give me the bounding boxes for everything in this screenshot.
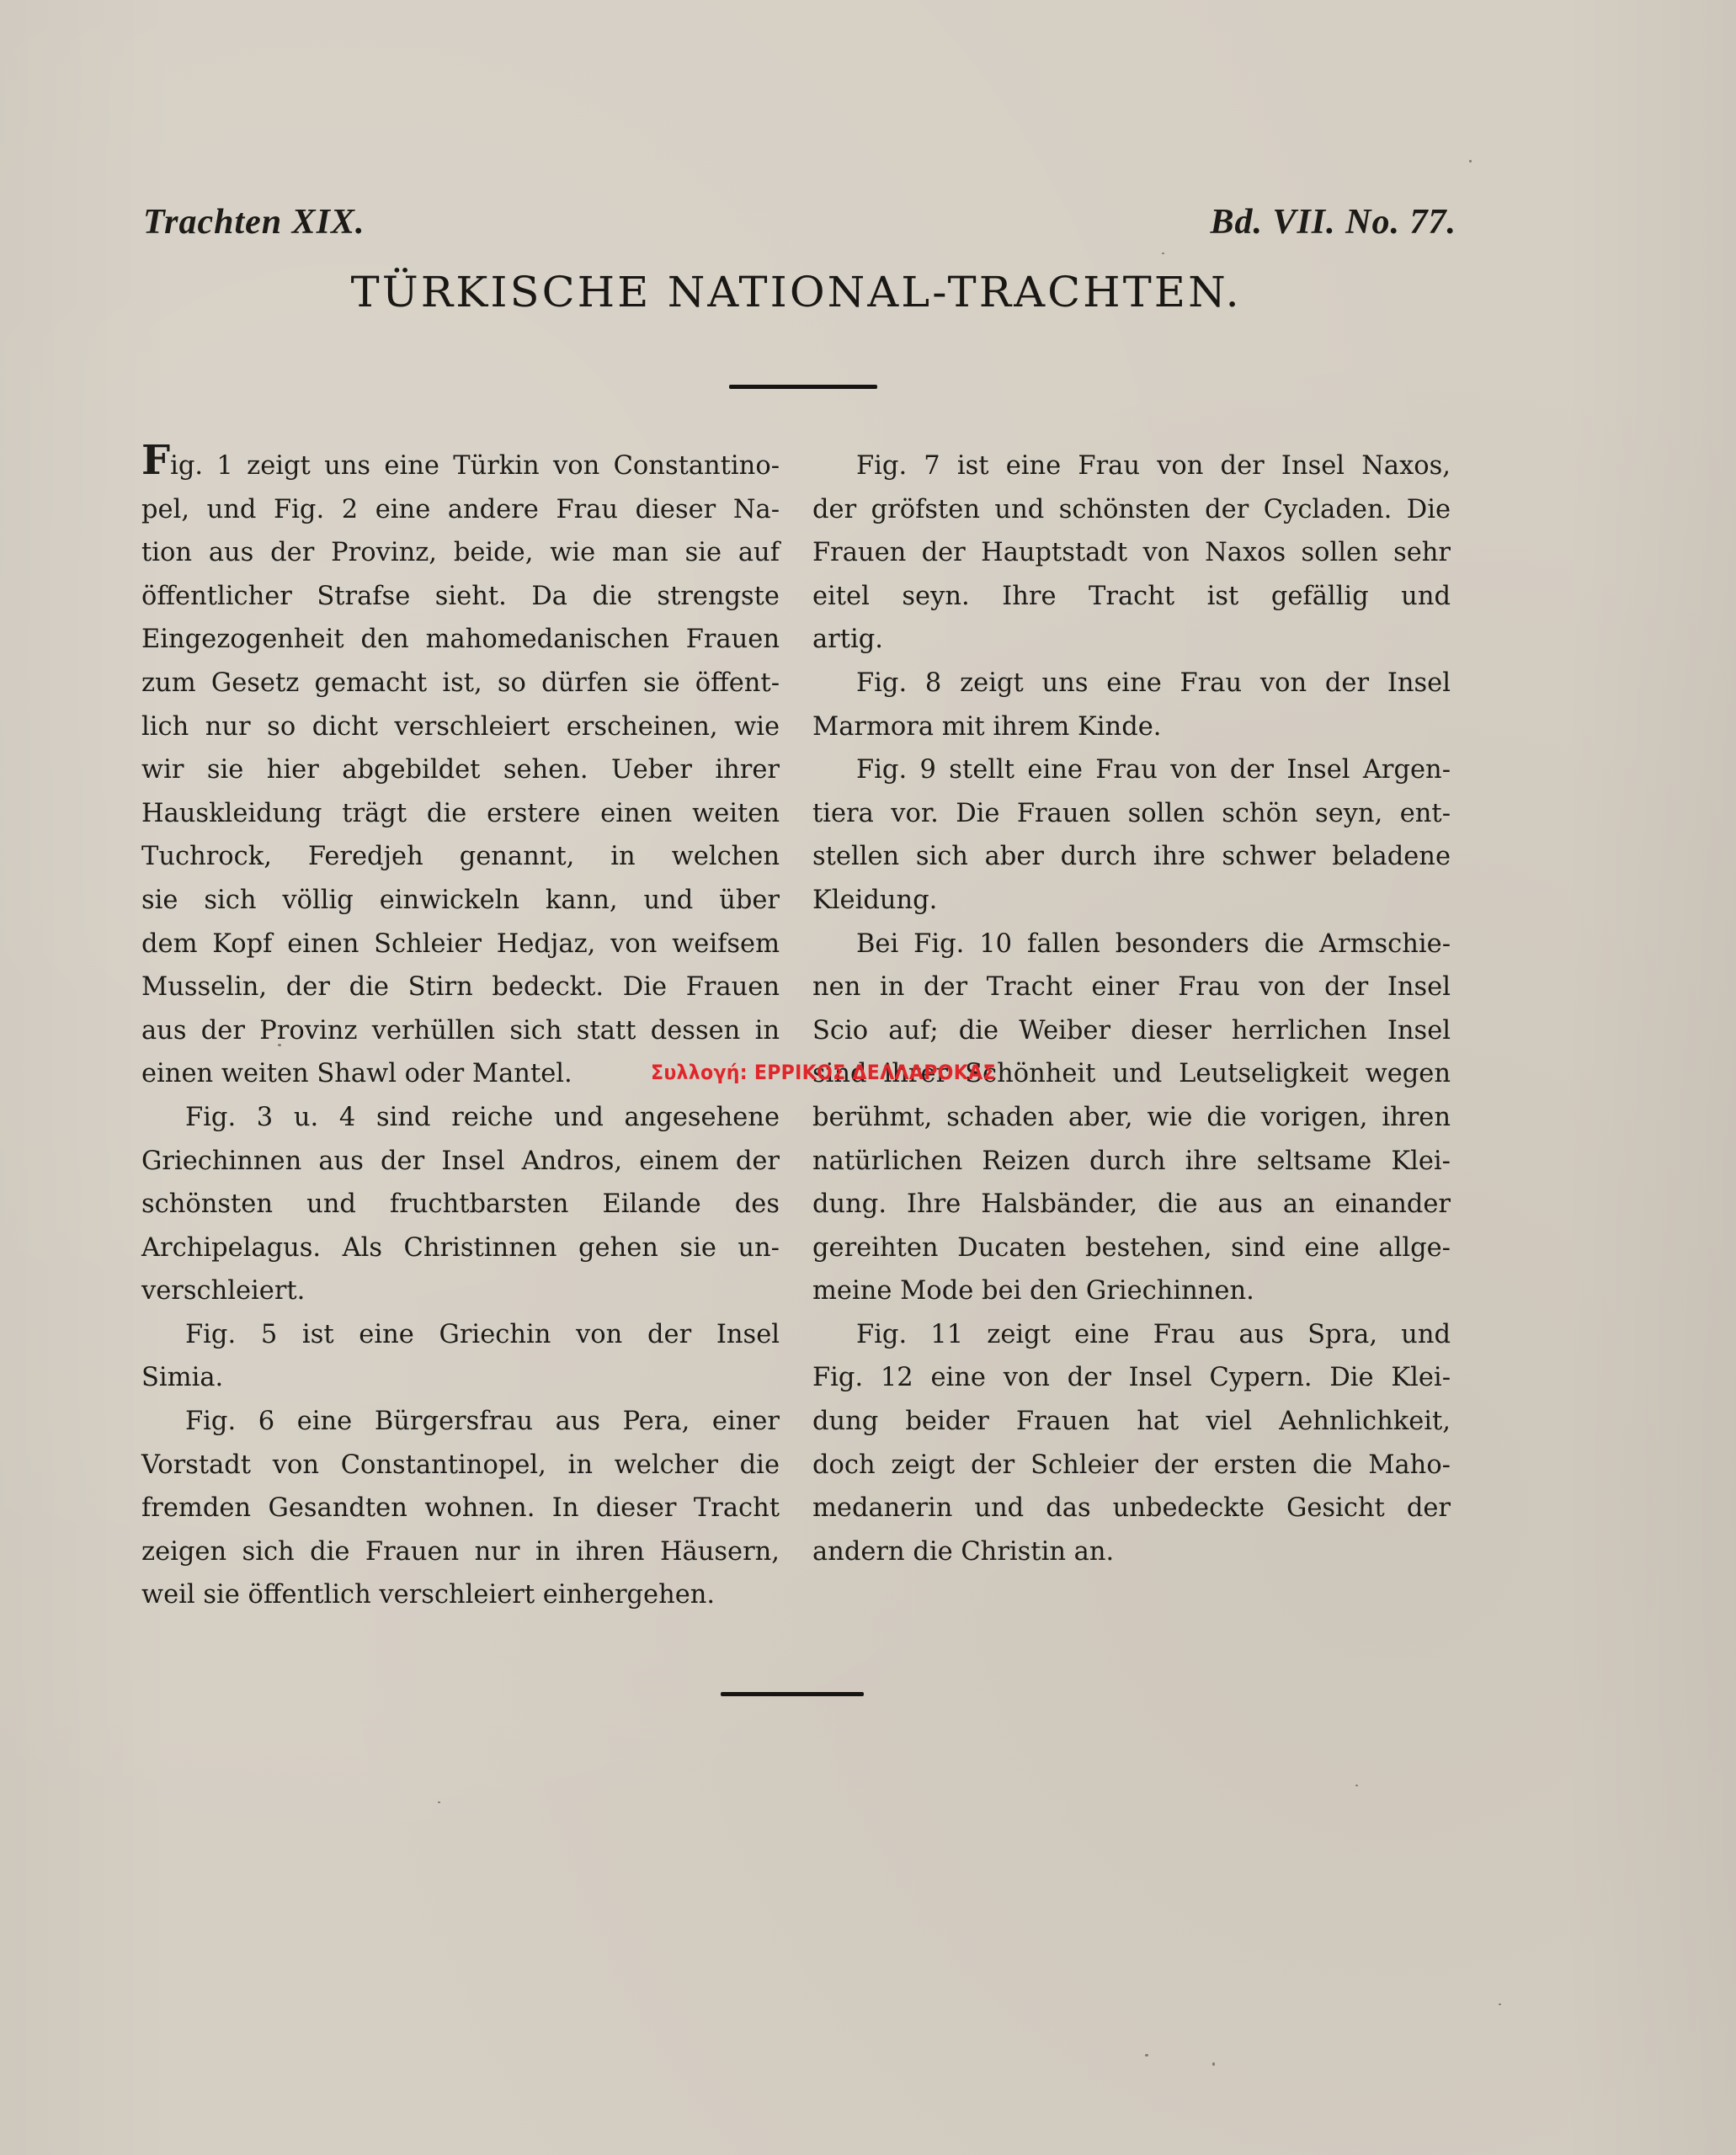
text-line: Fig. 3 u. 4 sind reiche und angesehene — [141, 1096, 780, 1140]
text-line: Scio auf; die Weiber dieser herrlichen I… — [812, 1009, 1451, 1053]
text-line: dung beider Frauen hat viel Aehnlichkeit… — [812, 1400, 1451, 1444]
paper-speck — [438, 1801, 440, 1803]
text-line: Hauskleidung trägt die erstere einen wei… — [141, 792, 780, 836]
text-line: lich nur so dicht verschleiert erscheine… — [141, 705, 780, 749]
text-line: Eingezogenheit den mahomedanischen Fraue… — [141, 618, 780, 662]
line-text: tion aus der Provinz, beide, wie man sie… — [141, 538, 780, 567]
text-line: Fig. 12 eine von der Insel Cypern. Die K… — [812, 1356, 1451, 1400]
line-text: schönsten und fruchtbarsten Eilande des — [141, 1189, 780, 1219]
line-text: natürlichen Reizen durch ihre seltsame K… — [812, 1147, 1451, 1176]
text-line: Kleidung. — [812, 879, 1451, 923]
line-text: einen weiten Shawl oder Mantel. — [141, 1059, 572, 1088]
text-line: dung. Ihre Halsbänder, die aus an einand… — [812, 1183, 1451, 1226]
line-text: dung beider Frauen hat viel Aehnlichkeit… — [812, 1407, 1451, 1436]
text-line: Simia. — [141, 1356, 780, 1400]
line-text: berühmt, schaden aber, wie die vorigen, … — [812, 1103, 1451, 1132]
page-title: TÜRKISCHE NATIONAL-TRACHTEN. — [0, 268, 1736, 317]
line-text: wir sie hier abgebildet sehen. Ueber ihr… — [141, 755, 780, 785]
text-line: berühmt, schaden aber, wie die vorigen, … — [812, 1096, 1451, 1140]
text-line: nen in der Tracht einer Frau von der Ins… — [812, 966, 1451, 1009]
text-line: Fig. 5 ist eine Griechin von der Insel — [141, 1313, 780, 1357]
line-text: stellen sich aber durch ihre schwer bela… — [812, 842, 1451, 871]
line-text: meine Mode bei den Griechinnen. — [812, 1276, 1254, 1306]
line-text: medanerin und das unbedeckte Gesicht der — [812, 1493, 1451, 1523]
left-column: Fig. 1 zeigt uns eine Türkin von Constan… — [141, 444, 780, 1617]
line-text: dung. Ihre Halsbänder, die aus an einand… — [812, 1189, 1451, 1219]
right-column: Fig. 7 ist eine Frau von der Insel Naxos… — [812, 444, 1451, 1573]
text-line: aus der Provinz verhüllen sich statt des… — [141, 1009, 780, 1053]
text-line: tiera vor. Die Frauen sollen schön seyn,… — [812, 792, 1451, 836]
text-line: wir sie hier abgebildet sehen. Ueber ihr… — [141, 748, 780, 792]
line-text: Griechinnen aus der Insel Andros, einem … — [141, 1147, 780, 1176]
paper-speck — [219, 1162, 221, 1163]
text-line: schönsten und fruchtbarsten Eilande des — [141, 1183, 780, 1226]
text-line: Fig. 8 zeigt uns eine Frau von der Insel — [812, 662, 1451, 705]
line-text: Archipelagus. Als Christinnen gehen sie … — [141, 1233, 780, 1263]
line-text: Vorstadt von Constantinopel, in welcher … — [141, 1450, 780, 1480]
line-text: gereihten Ducaten bestehen, sind eine al… — [812, 1233, 1451, 1263]
line-text: zum Gesetz gemacht ist, so dürfen sie öf… — [141, 668, 780, 698]
page-title-text: TÜRKISCHE NATIONAL-TRACHTEN. — [351, 268, 1242, 317]
paper-speck — [1499, 2003, 1501, 2005]
text-line: Musselin, der die Stirn bedeckt. Die Fra… — [141, 966, 780, 1009]
line-text: öffentlicher Strafse sieht. Da die stren… — [141, 582, 780, 611]
line-text: weil sie öffentlich verschleiert einherg… — [141, 1580, 715, 1610]
line-text: Scio auf; die Weiber dieser herrlichen I… — [812, 1016, 1451, 1046]
text-line: Marmora mit ihrem Kinde. — [812, 705, 1451, 749]
paper-speck — [1145, 2054, 1148, 2057]
line-text: Marmora mit ihrem Kinde. — [812, 712, 1161, 742]
line-text: dem Kopf einen Schleier Hedjaz, von weif… — [141, 929, 780, 959]
line-text: andern die Christin an. — [812, 1537, 1114, 1567]
line-text: Kleidung. — [812, 886, 937, 915]
text-line: Tuchrock, Feredjeh genannt, in welchen — [141, 835, 780, 879]
paper-speck — [278, 1044, 281, 1046]
text-line: natürlichen Reizen durch ihre seltsame K… — [812, 1140, 1451, 1184]
text-line: Fig. 1 zeigt uns eine Türkin von Constan… — [141, 444, 780, 488]
line-text: nen in der Tracht einer Frau von der Ins… — [812, 972, 1451, 1002]
line-text: Tuchrock, Feredjeh genannt, in welchen — [141, 842, 780, 871]
text-line: gereihten Ducaten bestehen, sind eine al… — [812, 1226, 1451, 1270]
line-text: Fig. 6 eine Bürgersfrau aus Pera, einer — [185, 1407, 780, 1436]
text-line: andern die Christin an. — [812, 1530, 1451, 1574]
title-rule — [729, 385, 877, 389]
text-line: Fig. 9 stellt eine Frau von der Insel Ar… — [812, 748, 1451, 792]
running-header-left: Trachten XIX. — [143, 202, 365, 242]
collection-watermark: Συλλογή: ΕΡΡΙΚΟΣ ΔΕΛΛΑΡΟΚΑΣ — [651, 1061, 996, 1084]
paper-speck — [1469, 160, 1472, 162]
line-text: doch zeigt der Schleier der ersten die M… — [812, 1450, 1451, 1480]
text-line: medanerin und das unbedeckte Gesicht der — [812, 1487, 1451, 1530]
line-text: aus der Provinz verhüllen sich statt des… — [141, 1016, 780, 1046]
text-line: stellen sich aber durch ihre schwer bela… — [812, 835, 1451, 879]
text-line: Archipelagus. Als Christinnen gehen sie … — [141, 1226, 780, 1270]
text-line: doch zeigt der Schleier der ersten die M… — [812, 1444, 1451, 1487]
text-line: Bei Fig. 10 fallen besonders die Armschi… — [812, 923, 1451, 966]
line-text: Fig. 12 eine von der Insel Cypern. Die K… — [812, 1363, 1451, 1392]
line-text: Frauen der Hauptstadt von Naxos sollen s… — [812, 538, 1451, 567]
text-line: fremden Gesandten wohnen. In dieser Trac… — [141, 1487, 780, 1530]
line-text: pel, und Fig. 2 eine andere Frau dieser … — [141, 495, 780, 524]
text-line: tion aus der Provinz, beide, wie man sie… — [141, 531, 780, 575]
line-text: Fig. 3 u. 4 sind reiche und angesehene — [185, 1103, 780, 1132]
line-text: Fig. 9 stellt eine Frau von der Insel Ar… — [856, 755, 1451, 785]
text-line: dem Kopf einen Schleier Hedjaz, von weif… — [141, 923, 780, 966]
line-text: Fig. 7 ist eine Frau von der Insel Naxos… — [856, 451, 1451, 481]
line-text: Fig. 5 ist eine Griechin von der Insel — [185, 1320, 780, 1349]
line-text: fremden Gesandten wohnen. In dieser Trac… — [141, 1493, 780, 1523]
text-line: Griechinnen aus der Insel Andros, einem … — [141, 1140, 780, 1184]
line-text: verschleiert. — [141, 1276, 305, 1306]
line-text: Musselin, der die Stirn bedeckt. Die Fra… — [141, 972, 780, 1002]
line-text: der gröfsten und schönsten der Cycladen.… — [812, 495, 1451, 524]
text-line: artig. — [812, 618, 1451, 662]
line-text: Fig. 11 zeigt eine Frau aus Spra, und — [856, 1320, 1451, 1349]
text-line: Fig. 6 eine Bürgersfrau aus Pera, einer — [141, 1400, 780, 1444]
text-line: zeigen sich die Frauen nur in ihren Häus… — [141, 1530, 780, 1574]
text-line: sie sich völlig einwickeln kann, und übe… — [141, 879, 780, 923]
paper-speck — [1162, 253, 1164, 254]
line-text: ig. 1 zeigt uns eine Türkin von Constant… — [170, 451, 780, 481]
text-line: Vorstadt von Constantinopel, in welcher … — [141, 1444, 780, 1487]
text-line: der gröfsten und schönsten der Cycladen.… — [812, 488, 1451, 532]
text-line: Fig. 7 ist eine Frau von der Insel Naxos… — [812, 444, 1451, 488]
text-line: meine Mode bei den Griechinnen. — [812, 1269, 1451, 1313]
paper-speck — [1212, 2062, 1215, 2066]
line-text: Fig. 8 zeigt uns eine Frau von der Insel — [856, 668, 1451, 698]
text-line: eitel seyn. Ihre Tracht ist gefällig und — [812, 575, 1451, 619]
text-line: weil sie öffentlich verschleiert einherg… — [141, 1573, 780, 1617]
line-text: artig. — [812, 625, 883, 654]
text-line: Frauen der Hauptstadt von Naxos sollen s… — [812, 531, 1451, 575]
document-page: Trachten XIX. Bd. VII. No. 77. TÜRKISCHE… — [0, 0, 1736, 2155]
drop-cap: F — [141, 437, 170, 484]
line-text: lich nur so dicht verschleiert erscheine… — [141, 712, 780, 742]
line-text: Hauskleidung trägt die erstere einen wei… — [141, 799, 780, 828]
text-line: Fig. 11 zeigt eine Frau aus Spra, und — [812, 1313, 1451, 1357]
text-line: öffentlicher Strafse sieht. Da die stren… — [141, 575, 780, 619]
line-text: Eingezogenheit den mahomedanischen Fraue… — [141, 625, 780, 654]
end-rule — [721, 1692, 864, 1696]
running-header-right: Bd. VII. No. 77. — [1210, 202, 1456, 242]
text-line: zum Gesetz gemacht ist, so dürfen sie öf… — [141, 662, 780, 705]
paper-speck — [1355, 1785, 1358, 1786]
line-text: tiera vor. Die Frauen sollen schön seyn,… — [812, 799, 1451, 828]
line-text: Simia. — [141, 1363, 223, 1392]
text-line: pel, und Fig. 2 eine andere Frau dieser … — [141, 488, 780, 532]
line-text: eitel seyn. Ihre Tracht ist gefällig und — [812, 582, 1451, 611]
line-text: zeigen sich die Frauen nur in ihren Häus… — [141, 1537, 780, 1567]
line-text: sie sich völlig einwickeln kann, und übe… — [141, 886, 780, 915]
text-line: verschleiert. — [141, 1269, 780, 1313]
line-text: Bei Fig. 10 fallen besonders die Armschi… — [856, 929, 1451, 959]
